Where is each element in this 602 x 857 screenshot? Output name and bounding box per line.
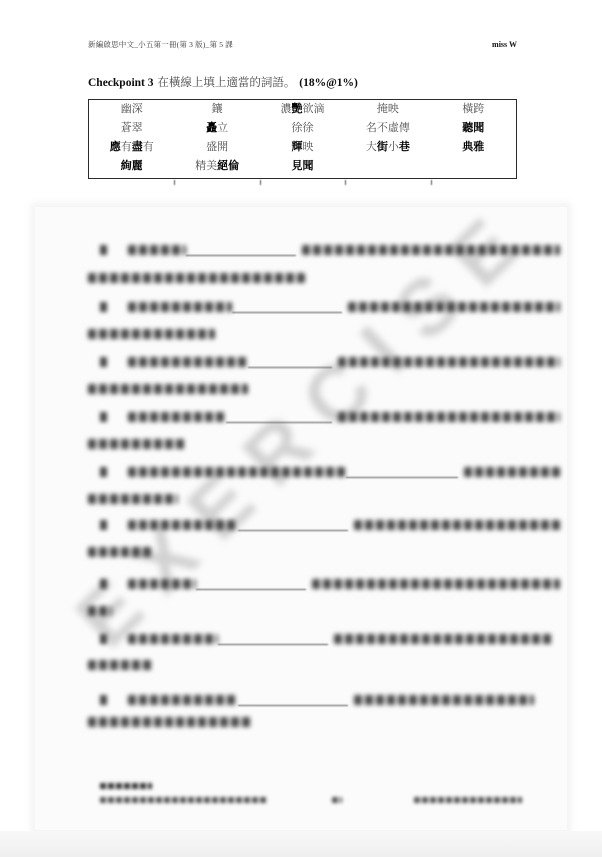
vocab-word: 名不虛傳 [366, 122, 410, 134]
word-bank-cell: 掩映 [345, 100, 430, 119]
vocab-word: 絕倫 [217, 160, 239, 172]
word-bank-cell: 幽深 [89, 100, 174, 119]
redacted-text-wrap [88, 547, 152, 557]
word-bank-cell: 蒼翠 [89, 119, 174, 138]
vocab-word: 欲滴 [302, 103, 324, 115]
question-number [100, 467, 107, 477]
word-bank-cell: 絢麗 [89, 157, 174, 176]
redacted-text [128, 245, 186, 255]
vocab-word: 街 [377, 141, 388, 153]
answer-blank [238, 520, 348, 531]
answer-blank [248, 357, 332, 368]
question-number [100, 357, 107, 367]
redacted-text [348, 302, 560, 312]
table-column-tick [174, 180, 175, 185]
page-header: 新編啟思中文_小五第一冊(第 3 版)_第 5 課 miss W [88, 39, 517, 50]
question-number [100, 412, 107, 422]
footer-redacted-text [100, 797, 268, 803]
blurred-exercise-area [35, 207, 567, 830]
redacted-text [338, 357, 560, 367]
vocab-word: 絢麗 [121, 160, 143, 172]
question-number [100, 695, 107, 705]
vocab-word: 精美 [195, 160, 217, 172]
word-bank-row: 絢麗精美絕倫見聞 [89, 157, 516, 176]
vocab-word: 聽聞 [462, 122, 484, 134]
answer-blank [186, 245, 296, 256]
redacted-text-wrap [88, 439, 186, 449]
vocab-word: 盛開 [206, 141, 228, 153]
header-course-title: 新編啟思中文_小五第一冊(第 3 版)_第 5 課 [88, 39, 233, 50]
question-number [100, 520, 107, 530]
vocab-word: 立 [217, 122, 228, 134]
redacted-text [128, 695, 238, 705]
word-bank-cell: 典雅 [431, 138, 516, 157]
footer-redacted-text [332, 797, 342, 803]
footer-redacted-text [414, 797, 522, 803]
vocab-word: 典雅 [462, 141, 484, 153]
vocab-word: 輝 [291, 141, 302, 153]
word-bank-cell: 輝映 [260, 138, 345, 157]
vocab-word: 幽深 [121, 103, 143, 115]
word-bank-cell: 橫跨 [431, 100, 516, 119]
word-bank-cell: 聽聞 [431, 119, 516, 138]
redacted-text-wrap [88, 660, 152, 670]
redacted-text [128, 634, 218, 644]
scan-bottom-band [0, 831, 602, 857]
vocab-word: 映 [302, 141, 313, 153]
vocab-word: 矗 [206, 122, 217, 134]
redacted-text [128, 412, 226, 422]
vocab-word: 艷 [291, 103, 302, 115]
redacted-text [302, 245, 560, 255]
vocab-word: 大 [366, 141, 377, 153]
redacted-text [312, 579, 560, 589]
vocab-word: 巷 [399, 141, 410, 153]
table-column-tick [345, 180, 346, 185]
word-bank-cell: 名不虛傳 [345, 119, 430, 138]
word-bank-row: 應有盡有盛開輝映大街小巷典雅 [89, 138, 516, 157]
word-bank-cell: 盛開 [174, 138, 259, 157]
question-number [100, 302, 107, 312]
redacted-text [338, 412, 560, 422]
vocab-word: 濃 [280, 103, 291, 115]
vocab-word: 掩映 [377, 103, 399, 115]
redacted-text-wrap [88, 329, 215, 339]
table-column-tick [260, 180, 261, 185]
word-bank-row: 幽深鑲濃艷欲滴掩映橫跨 [89, 100, 516, 119]
redacted-text-wrap [88, 273, 305, 283]
table-column-tick [431, 180, 432, 185]
question-number [100, 634, 107, 644]
redacted-text [334, 634, 554, 644]
redacted-text-wrap [88, 606, 112, 616]
vocab-word: 盡 [132, 141, 143, 153]
answer-blank [232, 302, 342, 313]
vocab-word: 應 [110, 141, 121, 153]
document-page: 新編啟思中文_小五第一冊(第 3 版)_第 5 課 miss W Checkpo… [0, 0, 602, 857]
word-bank-cell: 鑲 [174, 100, 259, 119]
checkpoint-title: Checkpoint 3 在橫線上填上適當的詞語。 (18%@1%) [88, 74, 558, 90]
word-bank-cell: 大街小巷 [345, 138, 430, 157]
redacted-text [128, 302, 232, 312]
redacted-text [128, 357, 248, 367]
word-bank-row: 蒼翠矗立徐徐名不虛傳聽聞 [89, 119, 516, 138]
checkpoint-marks: (18%@1%) [299, 77, 358, 89]
vocab-word: 蒼翠 [121, 122, 143, 134]
redacted-text [128, 520, 238, 530]
word-bank-table: 幽深鑲濃艷欲滴掩映橫跨蒼翠矗立徐徐名不虛傳聽聞應有盡有盛開輝映大街小巷典雅絢麗精… [88, 99, 517, 179]
redacted-text [464, 467, 560, 477]
redacted-text [128, 579, 196, 589]
question-number [100, 245, 107, 255]
redacted-text-wrap [88, 717, 252, 727]
redacted-text [354, 520, 560, 530]
question-number [100, 579, 107, 589]
vocab-word: 有 [121, 141, 132, 153]
checkpoint-label: Checkpoint 3 [88, 77, 154, 89]
answer-blank [346, 467, 458, 478]
footer-redacted-title [100, 783, 152, 789]
vocab-word: 徐徐 [291, 122, 313, 134]
answer-blank [238, 695, 348, 706]
vocab-word: 見聞 [291, 160, 313, 172]
redacted-text [128, 467, 346, 477]
word-bank-cell: 見聞 [260, 157, 345, 176]
answer-blank [226, 412, 332, 423]
answer-blank [196, 579, 306, 590]
vocab-word: 橫跨 [462, 103, 484, 115]
word-bank-cell: 矗立 [174, 119, 259, 138]
word-bank-cell: 精美絕倫 [174, 157, 259, 176]
header-author: miss W [492, 40, 517, 49]
redacted-text-wrap [88, 494, 178, 504]
checkpoint-instruction: 在橫線上填上適當的詞語。 [157, 77, 295, 89]
redacted-text [354, 695, 534, 705]
word-bank-cell: 徐徐 [260, 119, 345, 138]
redacted-text-wrap [88, 384, 248, 394]
vocab-word: 有 [143, 141, 154, 153]
vocab-word: 小 [388, 141, 399, 153]
vocab-word: 鑲 [212, 103, 223, 115]
word-bank-cell: 濃艷欲滴 [260, 100, 345, 119]
word-bank-cell: 應有盡有 [89, 138, 174, 157]
answer-blank [218, 634, 328, 645]
